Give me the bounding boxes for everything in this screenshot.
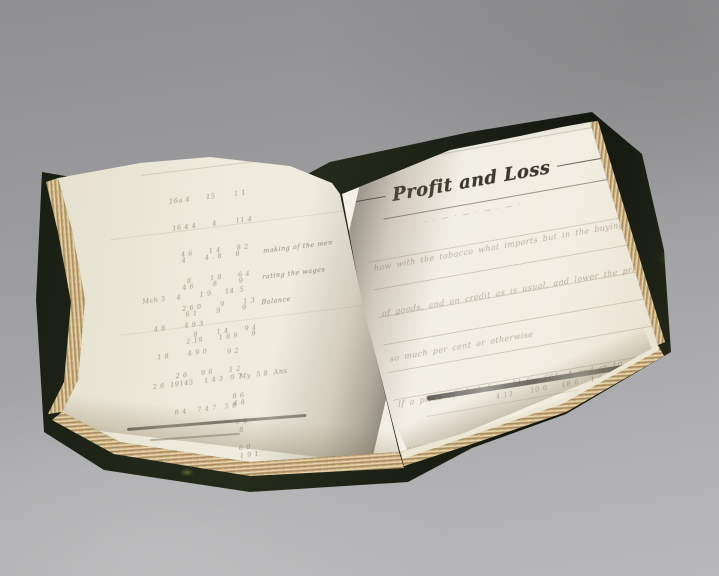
number-row: 4 4 . 8 8 [173,249,247,267]
page-heading: Profit and Loss [392,157,551,206]
number-row: 6 0 [238,442,260,453]
number-row: 16a 4 15 1 1 [166,188,250,207]
photo-open-account-book: 16a 4 15 1 1 16 4 4 4 11 4 4 6 1 4 8 2 8… [0,0,719,576]
number-row: Mch 5 4 1 9 14 5 [142,281,278,307]
heading-rule-left [356,196,386,203]
number-row: 1 8 4 9 0 [149,338,285,364]
number-column-block: Mch 5 4 1 9 14 5 4 8 4 9 3 1 8 4 9 0 2 6… [140,262,294,439]
number-row: 4 8 4 9 3 [145,310,281,336]
number-row: 8 6 [232,390,254,401]
number-row: 9 2 [227,345,249,356]
annotation-line: making of the men [263,239,333,256]
